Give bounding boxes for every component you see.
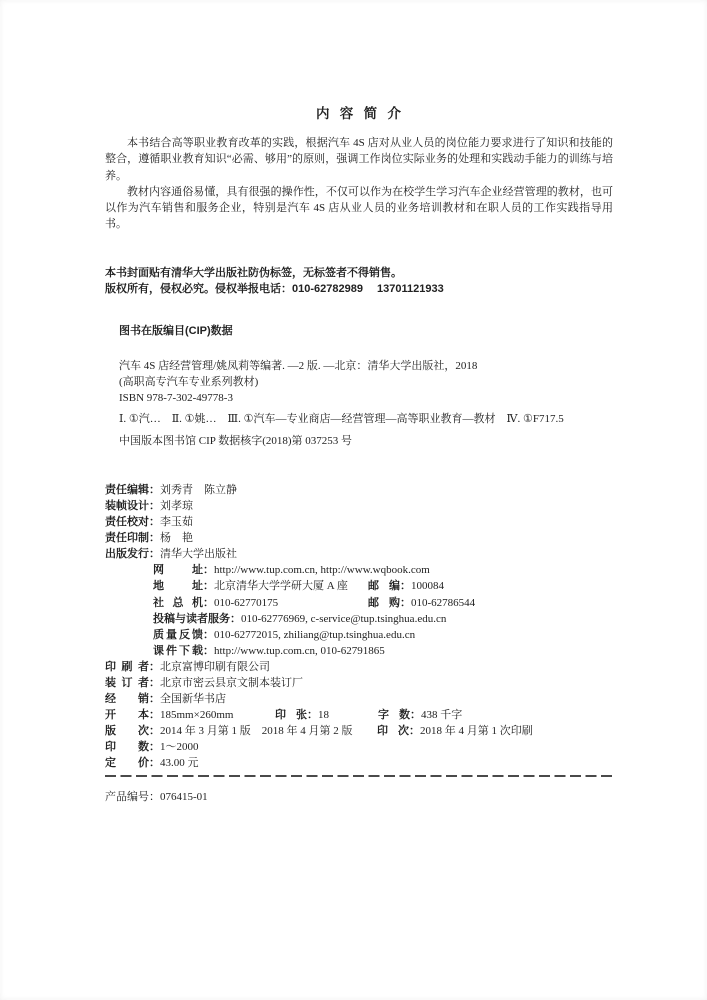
field-label: 社总机： <box>153 597 214 609</box>
intro-paragraph-1: 本书结合高等职业教育改革的实践，根据汽车 4S 店对从业人员的岗位能力要求进行了… <box>105 135 613 184</box>
website-url: http://www.tup.com.cn, http://www.wqbook… <box>214 564 430 576</box>
page-content: 内 容 简 介 本书结合高等职业教育改革的实践，根据汽车 4S 店对从业人员的岗… <box>105 0 613 805</box>
colon: ： <box>400 597 411 609</box>
price-value: 43.00 元 <box>160 757 199 769</box>
cip-series-line: (高职高专汽车专业系列教材) <box>119 374 613 390</box>
format-row: 开本：185mm×260mm 印张：18 字数：438 千字 <box>105 707 613 723</box>
colon: ： <box>203 564 214 576</box>
label-text: 装帧设计 <box>105 498 149 514</box>
label-text: 责任校对 <box>105 514 149 530</box>
label-text: 经销 <box>105 691 149 707</box>
publisher-address-row: 地址：北京清华大学学研大厦 A 座 邮编：100084 <box>153 578 613 594</box>
field-label: 版次： <box>105 725 160 737</box>
colon: ： <box>203 580 214 592</box>
label-text: 出版发行 <box>105 546 149 562</box>
product-code-value: 076415-01 <box>160 791 208 803</box>
colon: ： <box>149 725 160 737</box>
colon: ： <box>400 580 411 592</box>
field-label: 网址： <box>153 564 214 576</box>
field-label: 地址： <box>153 580 214 592</box>
field-value: 李玉茹 <box>160 516 193 528</box>
label-text: 印次 <box>377 723 409 739</box>
field-label: 责任编辑： <box>105 484 160 496</box>
publisher-switchboard-row: 社总机：010-62770175 邮购：010-62786544 <box>153 595 613 611</box>
postcode-value: 100084 <box>411 580 444 592</box>
label-text: 定价 <box>105 755 149 771</box>
anti-counterfeit-line: 本书封面贴有清华大学出版社防伪标签，无标签者不得销售。 <box>105 265 613 281</box>
label-text: 邮编 <box>368 578 400 594</box>
address-value: 北京清华大学学研大厦 A 座 <box>214 580 348 592</box>
colon: ： <box>149 757 160 769</box>
label-text: 投稿与读者服务 <box>153 611 230 627</box>
field-label: 投稿与读者服务： <box>153 613 241 625</box>
label-text: 地址 <box>153 578 203 594</box>
reader-service-value: 010-62776969, c-service@tup.tsinghua.edu… <box>241 613 446 625</box>
impression-field: 印次：2018 年 4 月第 1 次印刷 <box>377 723 533 739</box>
field-label: 责任校对： <box>105 516 160 528</box>
colon: ： <box>149 791 160 803</box>
label-text: 责任编辑 <box>105 482 149 498</box>
colon: ： <box>149 532 160 544</box>
colon: ： <box>149 516 160 528</box>
field-label: 邮购： <box>368 597 411 609</box>
courseware-download-row: 课件下载：http://www.tup.com.cn, 010-62791865 <box>153 643 613 659</box>
field-label: 印数： <box>105 741 160 753</box>
label-text: 课件下载 <box>153 643 203 659</box>
colon: ： <box>149 500 160 512</box>
label-text: 印刷者 <box>105 659 149 675</box>
field-value: 刘孝琼 <box>160 500 193 512</box>
colon: ： <box>149 677 160 689</box>
field-label: 装订者： <box>105 677 160 689</box>
reader-service-row: 投稿与读者服务：010-62776969, c-service@tup.tsin… <box>153 611 613 627</box>
cip-isbn: ISBN 978-7-302-49778-3 <box>119 390 613 406</box>
colon: ： <box>307 709 318 721</box>
label-text: 质量反馈 <box>153 627 203 643</box>
quality-feedback-row: 质量反馈：010-62772015, zhiliang@tup.tsinghua… <box>153 627 613 643</box>
label-text: 社总机 <box>153 595 203 611</box>
switchboard-value: 010-62770175 <box>214 597 278 609</box>
dashed-divider <box>105 775 613 777</box>
binder-value: 北京市密云县京文制本装订厂 <box>160 677 303 689</box>
field-value: 刘秀青 陈立静 <box>160 484 237 496</box>
postcode-field: 邮编：100084 <box>368 578 444 594</box>
printer-value: 北京富博印刷有限公司 <box>160 661 270 673</box>
edition-row: 版次：2014 年 3 月第 1 版 2018 年 4 月第 2 版 印次：20… <box>105 723 613 739</box>
label-text: 网址 <box>153 562 203 578</box>
wordcount-value: 438 千字 <box>421 709 462 721</box>
colon: ： <box>149 484 160 496</box>
printer-row: 印刷者：北京富博印刷有限公司 <box>105 659 613 675</box>
publisher-name: 清华大学出版社 <box>160 548 237 560</box>
label-text: 字数 <box>378 707 410 723</box>
binder-row: 装订者：北京市密云县京文制本装订厂 <box>105 675 613 691</box>
colon: ： <box>409 725 420 737</box>
cip-book-line: 汽车 4S 店经营管理/姚凤莉等编著. —2 版. —北京：清华大学出版社，20… <box>119 358 613 374</box>
label-text: 邮购 <box>368 595 400 611</box>
credit-row-proofreader: 责任校对：李玉茹 <box>105 514 613 530</box>
colon: ： <box>230 613 241 625</box>
mailorder-field: 邮购：010-62786544 <box>368 595 475 611</box>
colon: ： <box>203 629 214 641</box>
impression-value: 2018 年 4 月第 1 次印刷 <box>420 725 533 737</box>
field-label: 印张： <box>275 709 318 721</box>
credit-row-designer: 装帧设计：刘孝琼 <box>105 498 613 514</box>
print-run-value: 1～2000 <box>160 741 199 753</box>
format-value: 185mm×260mm <box>160 709 233 721</box>
colon: ： <box>149 693 160 705</box>
label-text: 印数 <box>105 739 149 755</box>
field-label: 出版发行： <box>105 548 160 560</box>
sheets-field: 印张：18 <box>275 707 329 723</box>
field-label: 责任印制： <box>105 532 160 544</box>
colon: ： <box>149 741 160 753</box>
cip-header: 图书在版编目(CIP)数据 <box>119 323 613 339</box>
colon: ： <box>410 709 421 721</box>
print-run-row: 印数：1～2000 <box>105 739 613 755</box>
colon: ： <box>149 661 160 673</box>
field-label: 开本： <box>105 709 160 721</box>
colon: ： <box>149 548 160 560</box>
cip-record-number: 中国版本图书馆 CIP 数据核字(2018)第 037253 号 <box>119 433 613 449</box>
publication-details: 责任编辑：刘秀青 陈立静 装帧设计：刘孝琼 责任校对：李玉茹 责任印制：杨 艳 … <box>105 482 613 771</box>
field-label: 印刷者： <box>105 661 160 673</box>
page-title: 内 容 简 介 <box>105 102 613 122</box>
intro-paragraph-2: 教材内容通俗易懂，具有很强的操作性，不仅可以作为在校学生学习汽车企业经营管理的教… <box>105 184 613 233</box>
field-label: 字数： <box>378 709 421 721</box>
publisher-website-row: 网址：http://www.tup.com.cn, http://www.wqb… <box>153 562 613 578</box>
credit-row-printing-supervisor: 责任印制：杨 艳 <box>105 530 613 546</box>
credit-row-editor: 责任编辑：刘秀青 陈立静 <box>105 482 613 498</box>
mailorder-value: 010-62786544 <box>411 597 475 609</box>
field-label: 课件下载： <box>153 645 214 657</box>
edition-value: 2014 年 3 月第 1 版 2018 年 4 月第 2 版 <box>160 725 353 737</box>
field-label: 邮编： <box>368 580 411 592</box>
label-text: 版次 <box>105 723 149 739</box>
label-text: 开本 <box>105 707 149 723</box>
product-code-row: 产品编号：076415-01 <box>105 789 613 805</box>
field-value: 杨 艳 <box>160 532 193 544</box>
price-row: 定价：43.00 元 <box>105 755 613 771</box>
cip-section: 图书在版编目(CIP)数据 汽车 4S 店经营管理/姚凤莉等编著. —2 版. … <box>119 323 613 449</box>
field-label: 印次： <box>377 725 420 737</box>
courseware-download-value: http://www.tup.com.cn, 010-62791865 <box>214 645 385 657</box>
label-text: 印张 <box>275 707 307 723</box>
rights-hotline-line: 版权所有，侵权必究。侵权举报电话：010-62782989 1370112193… <box>105 281 613 297</box>
wordcount-field: 字数：438 千字 <box>378 707 462 723</box>
product-code-label: 产品编号 <box>105 791 149 803</box>
sheets-value: 18 <box>318 709 329 721</box>
colon: ： <box>149 709 160 721</box>
book-copyright-page: 内 容 简 介 本书结合高等职业教育改革的实践，根据汽车 4S 店对从业人员的岗… <box>0 0 707 1000</box>
colon: ： <box>203 645 214 657</box>
colon: ： <box>203 597 214 609</box>
field-label: 装帧设计： <box>105 500 160 512</box>
field-label: 定价： <box>105 757 160 769</box>
cip-classification: Ⅰ. ①汽… Ⅱ. ①姚… Ⅲ. ①汽车—专业商店—经营管理—高等职业教育—教材… <box>119 411 613 427</box>
label-text: 装订者 <box>105 675 149 691</box>
copyright-notice: 本书封面贴有清华大学出版社防伪标签，无标签者不得销售。 版权所有，侵权必究。侵权… <box>105 265 613 297</box>
quality-feedback-value: 010-62772015, zhiliang@tup.tsinghua.edu.… <box>214 629 415 641</box>
field-label: 质量反馈： <box>153 629 214 641</box>
distributor-row: 经销：全国新华书店 <box>105 691 613 707</box>
distributor-value: 全国新华书店 <box>160 693 226 705</box>
intro-section: 本书结合高等职业教育改革的实践，根据汽车 4S 店对从业人员的岗位能力要求进行了… <box>105 135 613 233</box>
field-label: 经销： <box>105 693 160 705</box>
label-text: 责任印制 <box>105 530 149 546</box>
publisher-row: 出版发行：清华大学出版社 <box>105 546 613 562</box>
